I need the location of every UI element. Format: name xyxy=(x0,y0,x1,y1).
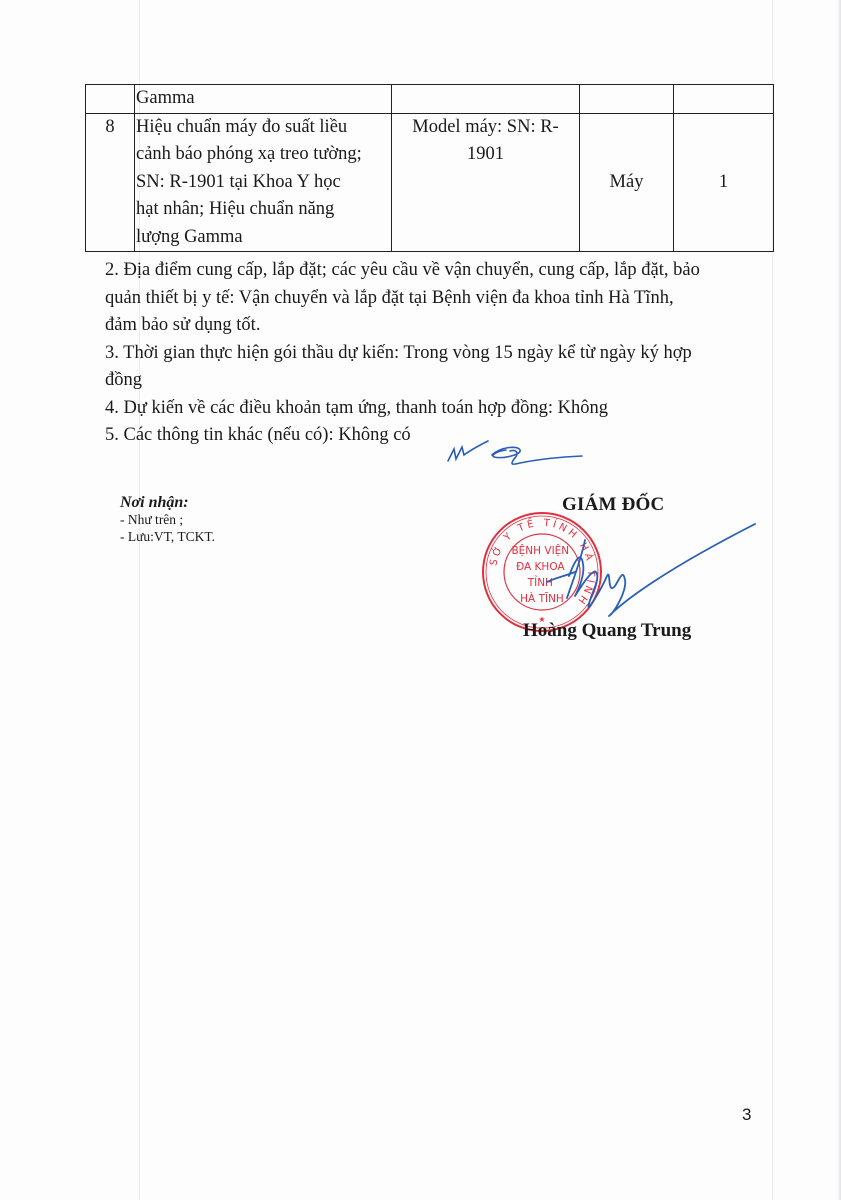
item-2-line: đảm bảo sử dụng tốt. xyxy=(105,312,765,340)
recipient-item: - Như trên ; xyxy=(120,511,215,528)
recipient-item: - Lưu:VT, TCKT. xyxy=(120,528,215,545)
signatory-title: GIÁM ĐỐC xyxy=(562,494,664,516)
cell-name-line: Gamma xyxy=(136,85,391,113)
cell-no xyxy=(86,85,135,114)
item-5: 5. Các thông tin khác (nếu có): Không có xyxy=(105,422,765,450)
recipients-title: Nơi nhận: xyxy=(120,494,215,511)
equipment-table: Gamma 8 Hiệu chuẩn máy đo suất liều cảnh… xyxy=(85,84,774,252)
page-number: 3 xyxy=(742,1105,751,1125)
director-signature-icon xyxy=(545,520,765,620)
cell-name: Hiệu chuẩn máy đo suất liều cảnh báo phó… xyxy=(135,113,392,252)
initials-signature-icon xyxy=(440,437,590,467)
cell-model xyxy=(392,85,580,114)
cell-name-line: Hiệu chuẩn máy đo suất liều xyxy=(136,114,391,142)
item-3-line: 3. Thời gian thực hiện gói thầu dự kiến:… xyxy=(105,340,765,368)
cell-name-line: lượng Gamma xyxy=(136,224,391,252)
cell-qty: 1 xyxy=(674,113,774,252)
table-row: Gamma xyxy=(86,85,774,114)
cell-unit: Máy xyxy=(580,113,674,252)
cell-model: Model máy: SN: R- 1901 xyxy=(392,113,580,252)
cell-name: Gamma xyxy=(135,85,392,114)
cell-name-line: cảnh báo phóng xạ treo tường; xyxy=(136,141,391,169)
recipients-block: Nơi nhận: - Như trên ; - Lưu:VT, TCKT. xyxy=(120,494,215,545)
table-row: 8 Hiệu chuẩn máy đo suất liều cảnh báo p… xyxy=(86,113,774,252)
item-2-line: 2. Địa điểm cung cấp, lắp đặt; các yêu c… xyxy=(105,257,765,285)
item-3-line: đồng xyxy=(105,367,765,395)
item-2-line: quản thiết bị y tế: Vận chuyển và lắp đặ… xyxy=(105,285,765,313)
cell-name-line: hạt nhân; Hiệu chuẩn năng xyxy=(136,196,391,224)
cell-unit xyxy=(580,85,674,114)
cell-name-line: SN: R-1901 tại Khoa Y học xyxy=(136,169,391,197)
item-4: 4. Dự kiến về các điều khoản tạm ứng, th… xyxy=(105,395,765,423)
signatory-name: Hoàng Quang Trung xyxy=(523,620,691,642)
cell-model-line: 1901 xyxy=(392,141,579,169)
document-body: 2. Địa điểm cung cấp, lắp đặt; các yêu c… xyxy=(105,257,765,450)
cell-no: 8 xyxy=(86,113,135,252)
cell-model-line: Model máy: SN: R- xyxy=(392,114,579,142)
cell-qty xyxy=(674,85,774,114)
